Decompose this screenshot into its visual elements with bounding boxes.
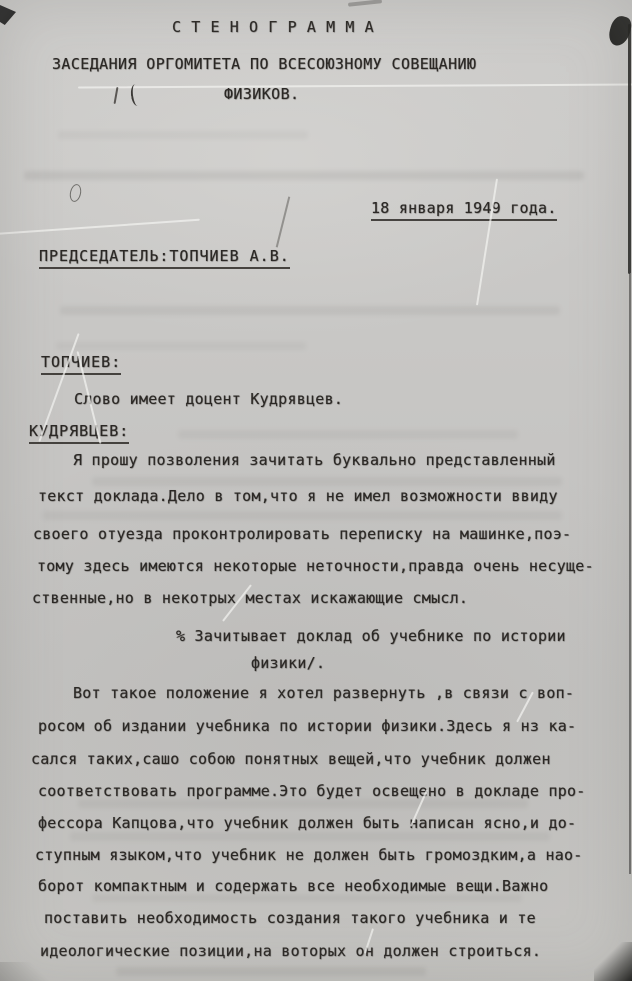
paragraph-line: борот компактным и содержать все необход… (38, 879, 548, 894)
bleedthrough-smudge (58, 131, 308, 139)
bleedthrough-smudge (116, 967, 426, 976)
bleedthrough-smudge (24, 171, 584, 180)
paragraph-line: сался таких,сашо собою понятных вещей,чт… (31, 752, 551, 767)
top-center-mark (348, 0, 382, 7)
scan-edge-shadow (628, 24, 631, 274)
paragraph-line: Я прошу позволения зачитать буквально пр… (73, 453, 556, 468)
paragraph-line: росом об издании учебника по истории физ… (38, 719, 576, 734)
date-line: 18 января 1949 года. (371, 201, 557, 221)
paragraph-line: Вот такое положение я хотел развернуть ,… (73, 686, 574, 701)
bleedthrough-smudge (92, 894, 522, 902)
crease-mark (0, 219, 200, 236)
paragraph-line: идеологические позиции,на воторых он дол… (40, 944, 541, 959)
corner-ink-blot (0, 5, 16, 25)
corner-shadow-bottom-left (0, 962, 52, 981)
speaker-heading-kudryavtsev: КУДРЯВЦЕВ: (29, 424, 129, 444)
bleedthrough-smudge (42, 511, 562, 520)
paragraph-line: своего отуезда проконтролировать перепис… (33, 527, 571, 542)
paragraph-line: ственные,но в некотрых местах искажающие… (32, 591, 468, 606)
paragraph-line: соответствовать программе.Это будет осве… (38, 784, 586, 799)
paragraph-line: текст доклада.Дело в том,что я не имел в… (38, 489, 558, 504)
top-right-ink-blot (606, 14, 632, 48)
stage-direction-line: % Зачитывает доклад об учебнике по истор… (176, 629, 566, 644)
bleedthrough-smudge (178, 430, 518, 439)
bleedthrough-smudge (60, 306, 560, 315)
pen-mark (114, 87, 119, 104)
paragraph-line: поставить необходимость создания такого … (44, 911, 536, 926)
paragraph-line: тому здесь имеются некоторые неточности,… (37, 559, 594, 574)
speaker-heading-topchiev: ТОПЧИЕВ: (41, 355, 121, 375)
pen-mark (68, 183, 83, 203)
scratch-mark (276, 197, 291, 248)
chairman-line: ПРЕДСЕДАТЕЛЬ:ТОПЧИЕВ А.В. (39, 249, 290, 269)
stage-direction-line: физики/. (251, 656, 325, 671)
document-subtitle-line2: ФИЗИКОВ. (224, 87, 299, 102)
paragraph-line: ступным языком,что учебник не должен быт… (35, 848, 583, 863)
bleedthrough-smudge (70, 832, 550, 841)
dialogue-line: Слово имеет доцент Кудрявцев. (74, 392, 343, 407)
bleedthrough-smudge (56, 342, 306, 350)
crease-mark (78, 84, 632, 89)
crease-mark (476, 179, 498, 306)
pen-mark (130, 83, 144, 106)
document-title: С Т Е Н О Г Р А М М А (172, 20, 374, 35)
document-subtitle-line1: ЗАСЕДАНИЯ ОРГОМИТЕТА ПО ВСЕСОЮЗНОМУ СОВЕ… (52, 57, 476, 72)
scan-edge-shadow (629, 274, 631, 874)
bleedthrough-smudge (78, 799, 528, 808)
paragraph-line: фессора Капцова,что учебник должен быть … (38, 816, 576, 831)
bleedthrough-smudge (92, 477, 562, 486)
document-page: С Т Е Н О Г Р А М М А ЗАСЕДАНИЯ ОРГОМИТЕ… (0, 0, 632, 981)
corner-shadow-bottom-right (594, 942, 632, 981)
